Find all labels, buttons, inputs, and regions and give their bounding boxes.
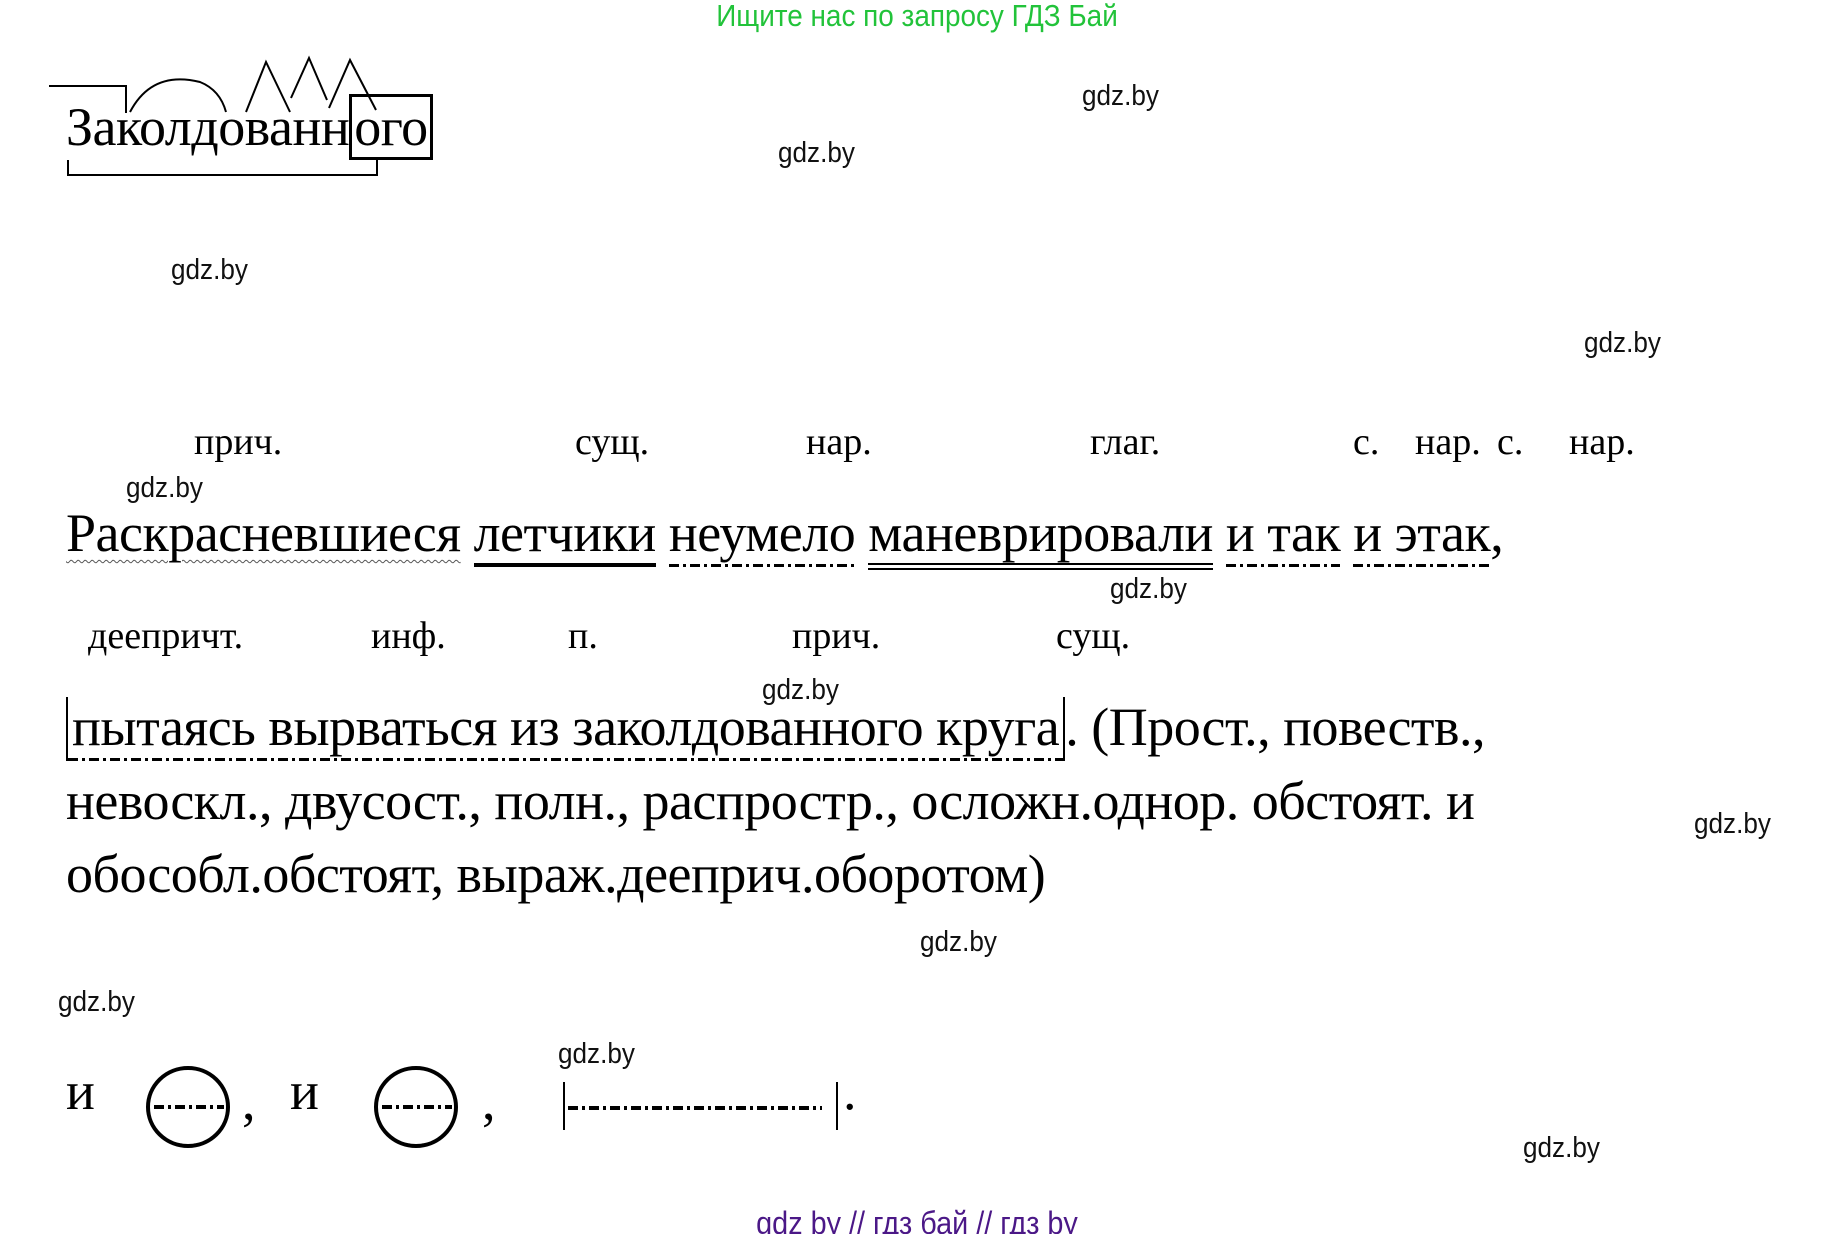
sentence-scheme [0, 0, 1834, 1234]
footer-links[interactable]: gdz by // гдз бай // гдз by [92, 1205, 1743, 1234]
